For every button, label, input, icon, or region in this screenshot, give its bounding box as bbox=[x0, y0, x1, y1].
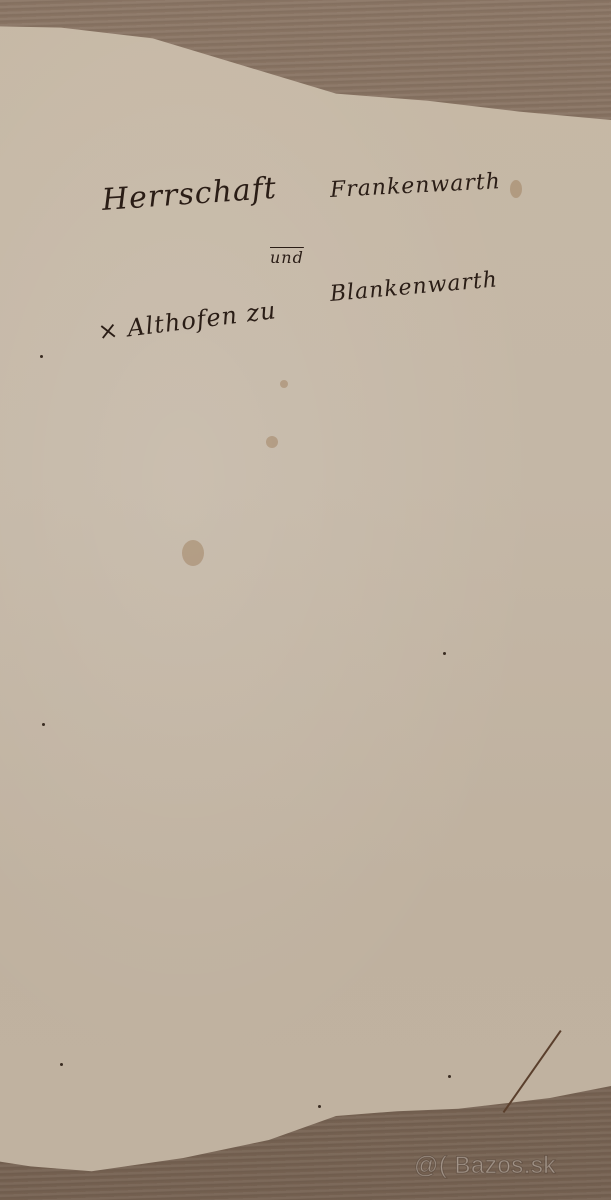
bazos-watermark: @( Bazos.sk bbox=[414, 1152, 556, 1180]
stain bbox=[266, 436, 278, 448]
speck bbox=[448, 1075, 451, 1078]
stain bbox=[280, 380, 288, 388]
speck bbox=[42, 723, 45, 726]
paper-page bbox=[0, 0, 611, 1200]
speck bbox=[318, 1105, 321, 1108]
speck bbox=[40, 355, 43, 358]
speck bbox=[60, 1063, 63, 1066]
handwritten-conjunction: und bbox=[270, 248, 304, 267]
stain bbox=[182, 540, 204, 566]
stain bbox=[510, 180, 522, 198]
speck bbox=[443, 652, 446, 655]
